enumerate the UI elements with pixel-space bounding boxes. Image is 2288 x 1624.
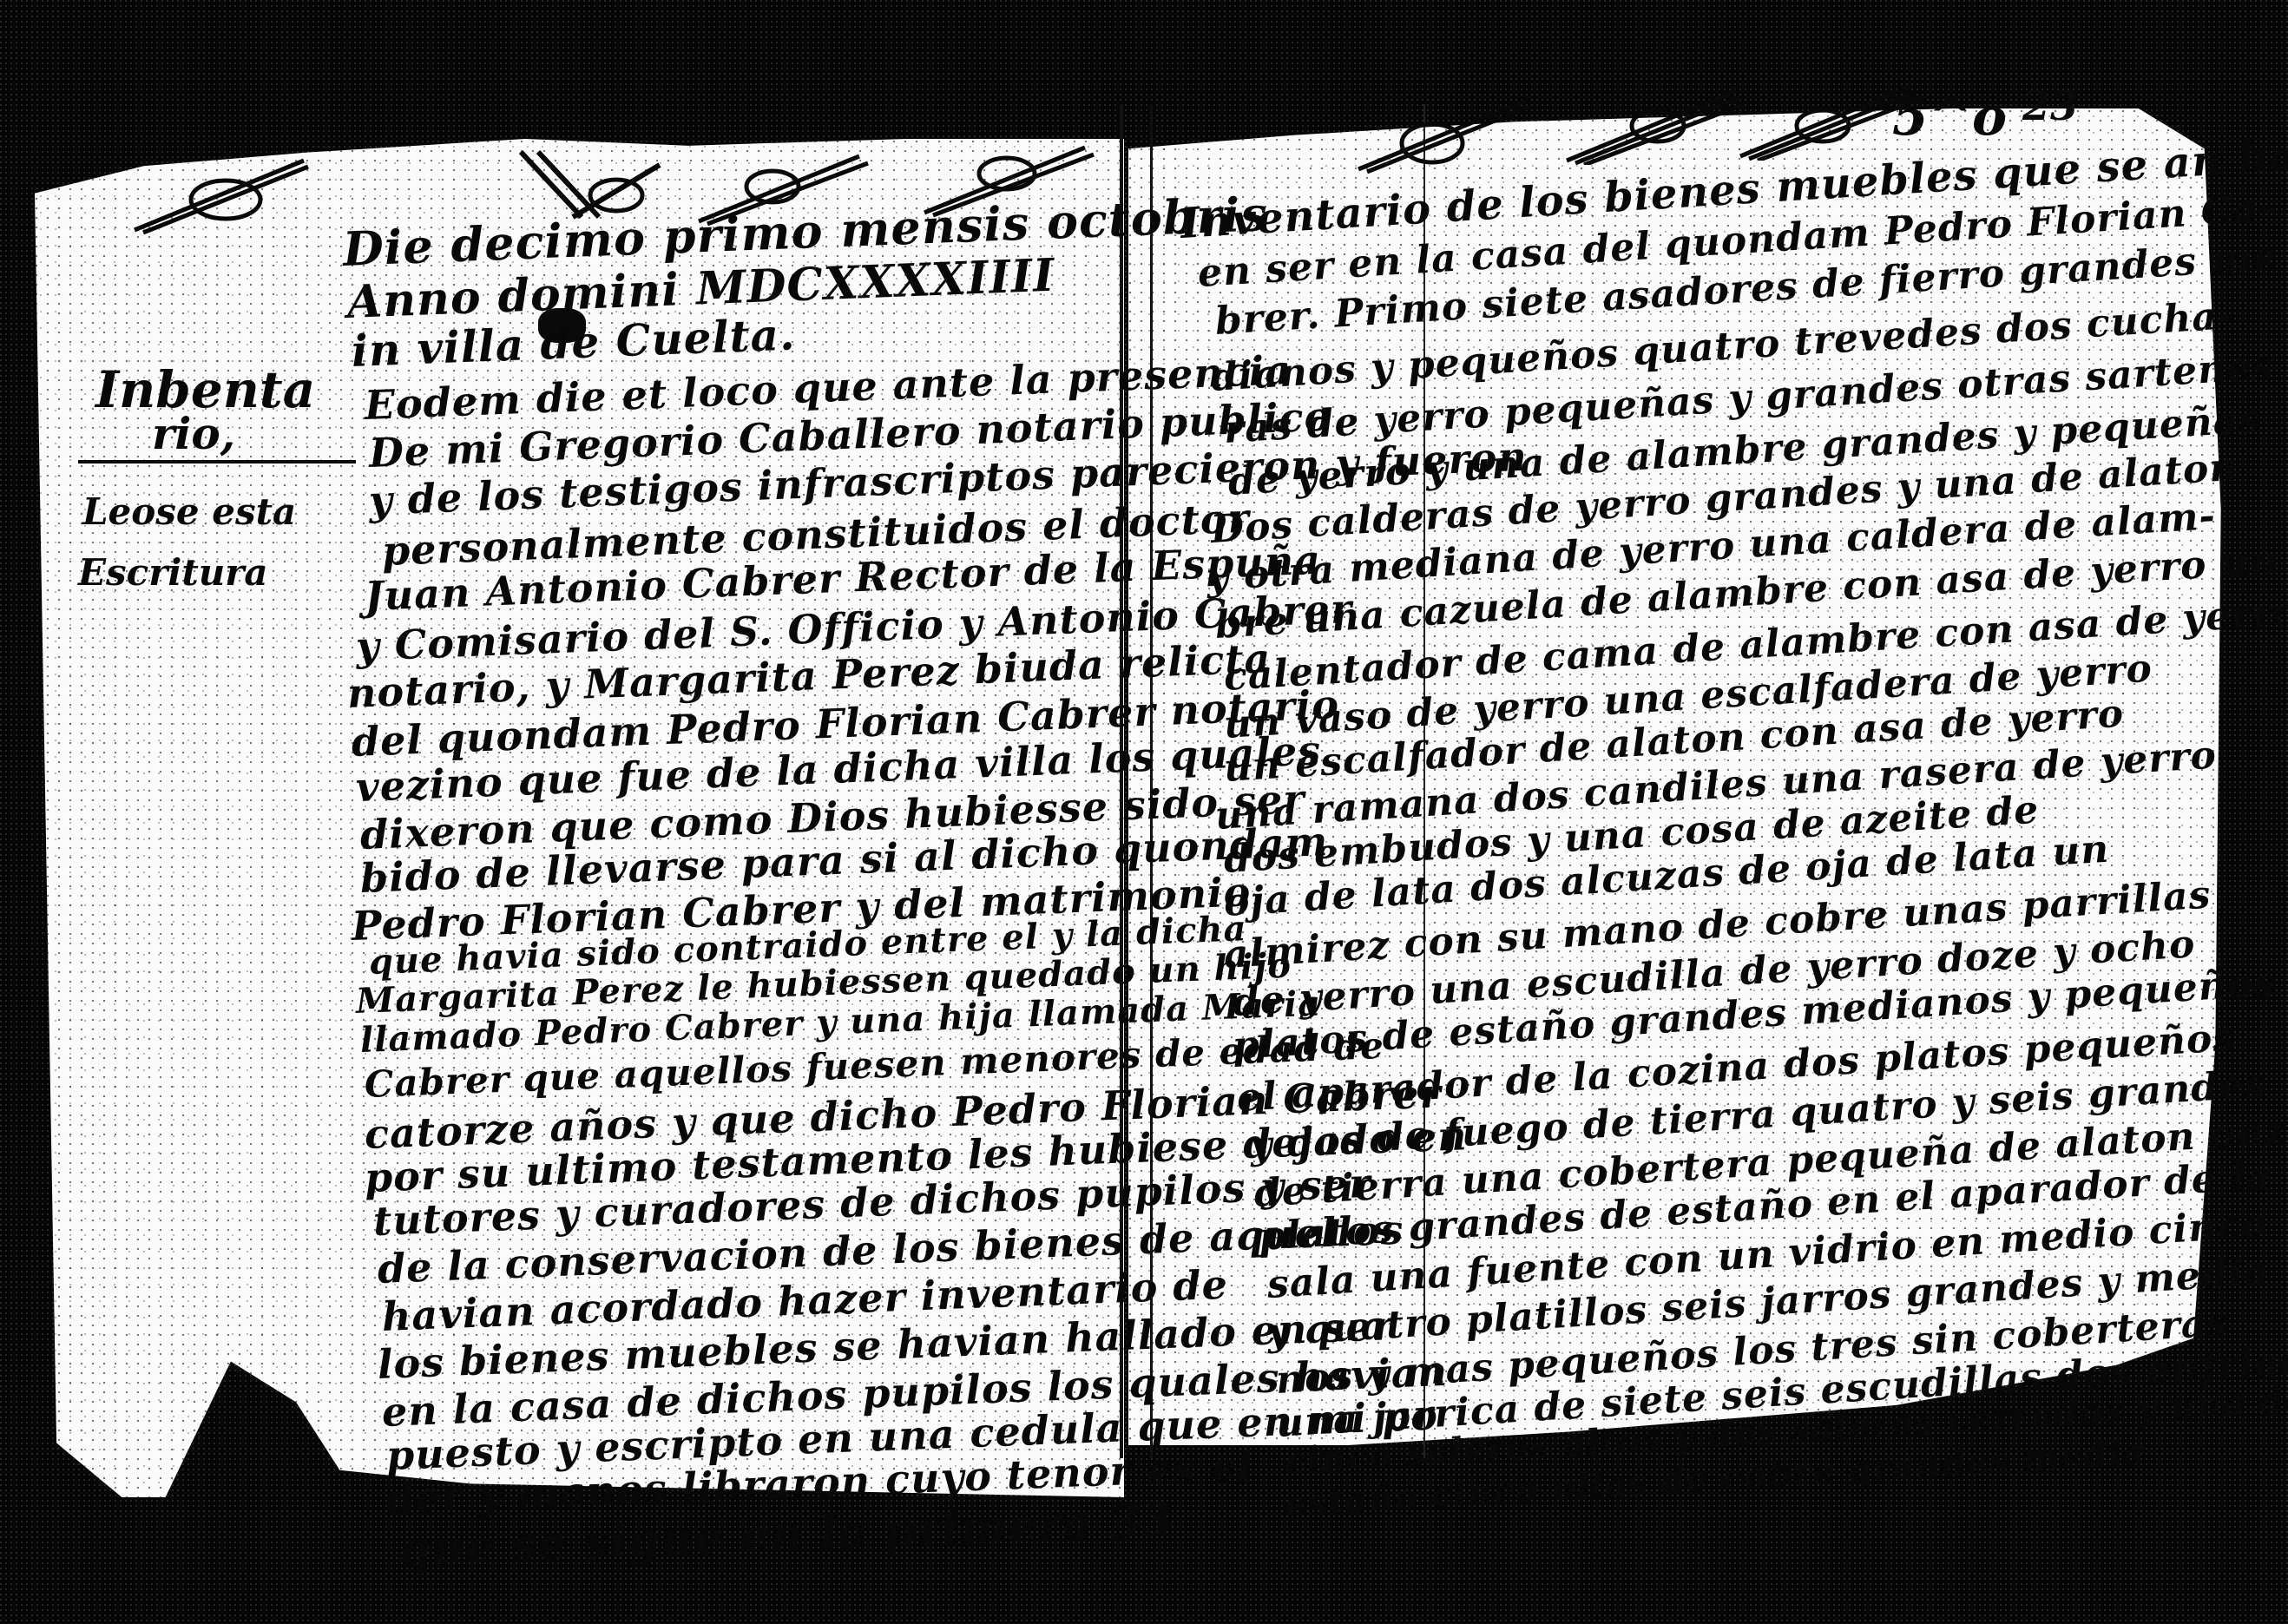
margin-note-rio: rio, (152, 408, 235, 459)
flourish-icon (1354, 95, 1536, 174)
flourish-icon (1562, 87, 1745, 165)
section-mark: 5^o (1892, 87, 2007, 148)
flourish-icon (130, 156, 312, 234)
margin-note-escritura: Escritura (78, 551, 268, 594)
margin-note-leose-esta: Leose esta (82, 490, 296, 533)
flourish-icon (1736, 82, 1918, 161)
margin-underline (78, 460, 356, 464)
folio-number: 23 (2022, 82, 2078, 129)
